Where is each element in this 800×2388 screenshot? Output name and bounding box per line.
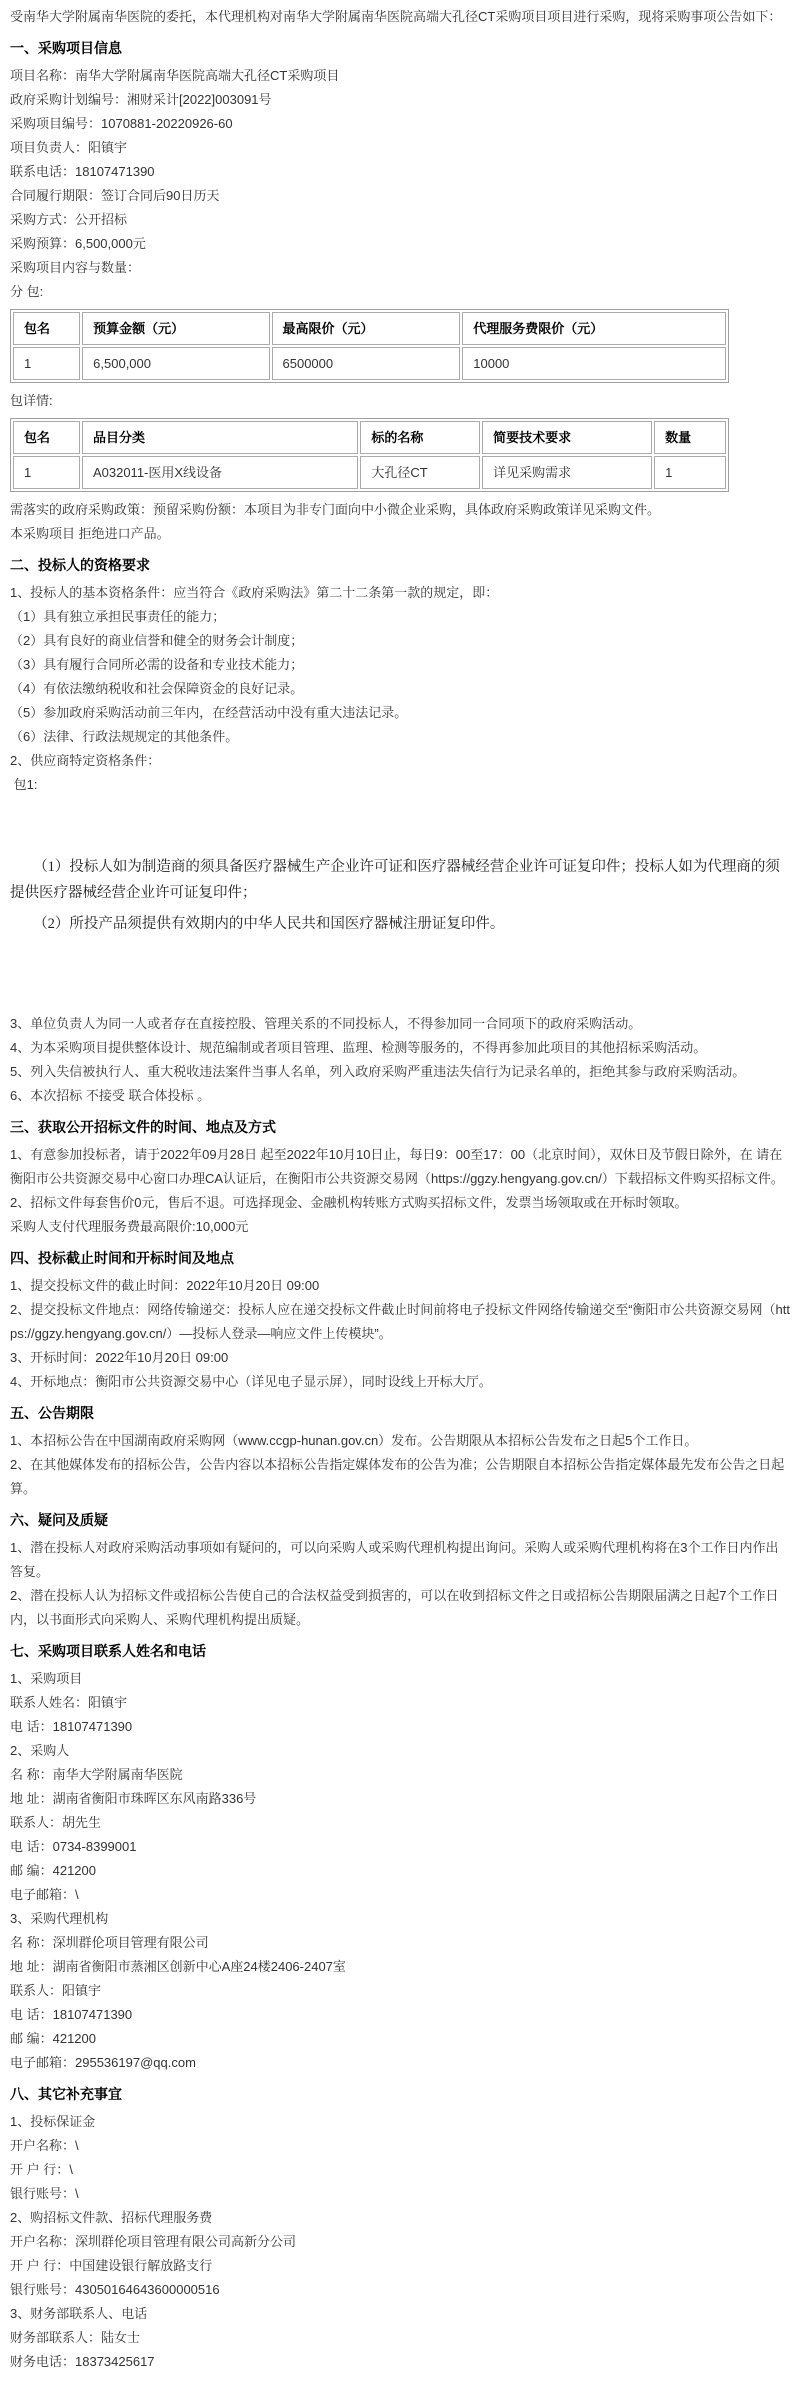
contact-name-line: 联系人姓名：阳镇宇: [10, 1691, 790, 1715]
paragraph: 联系人：阳镇宇: [10, 1979, 790, 2003]
table-cell: 1: [13, 347, 80, 380]
finance-contact-line: 财务部联系人：陆女士: [10, 2326, 790, 2350]
heading-announcement-period: 五、公告期限: [10, 1401, 790, 1425]
table-cell: A032011-医用X线设备: [82, 456, 358, 489]
column-header: 标的名称: [360, 421, 480, 454]
table-cell: 1: [13, 456, 80, 489]
paragraph: 开 户 行：中国建设银行解放路支行: [10, 2254, 790, 2278]
project-leader-line: 项目负责人：阳镇宇: [10, 136, 790, 160]
heading-deadline-opening: 四、投标截止时间和开标时间及地点: [10, 1246, 790, 1270]
column-header: 代理服务费限价（元）: [462, 312, 726, 345]
column-header: 数量: [654, 421, 726, 454]
paragraph: 2、提交投标文件地点：网络传输递交：投标人应在递交投标文件截止时间前将电子投标文…: [10, 1298, 790, 1346]
table-cell: 大孔径CT: [360, 456, 480, 489]
subpackage-label: 分 包:: [10, 280, 790, 304]
table-cell: 1: [654, 456, 726, 489]
project-number-line: 采购项目编号：1070881-20220926-60: [10, 112, 790, 136]
contact-phone-line: 联系电话：18107471390: [10, 160, 790, 184]
paragraph: 3、财务部联系人、电话: [10, 2302, 790, 2326]
paragraph: （3）具有履行合同所必需的设备和专业技术能力；: [10, 653, 790, 677]
agency-email-line: 电子邮箱：295536197@qq.com: [10, 2051, 790, 2075]
paragraph: 电 话：18107471390: [10, 2003, 790, 2027]
table-header-row: 包名品目分类标的名称简要技术要求数量: [13, 421, 726, 454]
paragraph: 电 话：0734-8399001: [10, 1835, 790, 1859]
paragraph: 2、在其他媒体发布的招标公告，公告内容以本招标公告指定媒体发布的公告为准；公告期…: [10, 1453, 790, 1501]
table-row: 1A032011-医用X线设备大孔径CT详见采购需求1: [13, 456, 726, 489]
opening-place-line: 4、开标地点：衡阳市公共资源交易中心（详见电子显示屏），同时设线上开标大厅。: [10, 1370, 790, 1394]
policy-line: 需落实的政府采购政策：预留采购份额：本项目为非专门面向中小微企业采购，具体政府采…: [10, 498, 790, 522]
paragraph: 1、采购项目: [10, 1667, 790, 1691]
paragraph: 4、为本采购项目提供整体设计、规范编制或者项目管理、监理、检测等服务的，不得再参…: [10, 1036, 790, 1060]
column-header: 预算金额（元）: [82, 312, 269, 345]
budget-line: 采购预算：6,500,000元: [10, 232, 790, 256]
heading-document-acquisition: 三、获取公开招标文件的时间、地点及方式: [10, 1115, 790, 1139]
paragraph: 电子邮箱：\: [10, 1883, 790, 1907]
paragraph: 5、列入失信被执行人、重大税收违法案件当事人名单，列入政府采购严重违法失信行为记…: [10, 1060, 790, 1084]
paragraph: 2、购招标文件款、招标代理服务费: [10, 2206, 790, 2230]
paragraph: 开 户 行：\: [10, 2158, 790, 2182]
purchaser-address-line: 地 址：湖南省衡阳市珠晖区东风南路336号: [10, 1787, 790, 1811]
paragraph: 3、采购代理机构: [10, 1907, 790, 1931]
paragraph: 1、投标人的基本资格条件：应当符合《政府采购法》第二十二条第一款的规定，即：: [10, 581, 790, 605]
paragraph: 6、本次招标 不接受 联合体投标 。: [10, 1084, 790, 1108]
bank-account-line: 银行账号：43050164643600000516: [10, 2278, 790, 2302]
package-details-label: 包详情:: [10, 389, 790, 413]
intro-paragraph: 受南华大学附属南华医院的委托，本代理机构对南华大学附属南华医院高端大孔径CT采购…: [10, 5, 790, 29]
content-quantity-line: 采购项目内容与数量：: [10, 256, 790, 280]
paragraph: （2）具有良好的商业信誉和健全的财务会计制度；: [10, 629, 790, 653]
packages-table: 包名预算金额（元）最高限价（元）代理服务费限价（元）16,500,0006500…: [10, 309, 729, 383]
heading-bidder-qualifications: 二、投标人的资格要求: [10, 553, 790, 577]
table-row: 16,500,000650000010000: [13, 347, 726, 380]
heading-contacts: 七、采购项目联系人姓名和电话: [10, 1639, 790, 1663]
column-header: 包名: [13, 312, 80, 345]
opening-time-line: 3、开标时间：2022年10月20日 09:00: [10, 1346, 790, 1370]
spacer: [10, 942, 790, 1012]
purchaser-name-line: 名 称：南华大学附属南华医院: [10, 1763, 790, 1787]
table-header-row: 包名预算金额（元）最高限价（元）代理服务费限价（元）: [13, 312, 726, 345]
paragraph: 电 话：18107471390: [10, 1715, 790, 1739]
agency-fee-line: 采购人支付代理服务费最高限价:10,000元: [10, 1215, 790, 1239]
paragraph: 邮 编：421200: [10, 2027, 790, 2051]
paragraph: （1）具有独立承担民事责任的能力；: [10, 605, 790, 629]
package1-label: 包1:: [10, 773, 790, 797]
procurement-announcement-page: 受南华大学附属南华医院的委托，本代理机构对南华大学附属南华医院高端大孔径CT采购…: [0, 0, 800, 2388]
heading-project-info: 一、采购项目信息: [10, 36, 790, 60]
paragraph: 邮 编：421200: [10, 1859, 790, 1883]
table-cell: 10000: [462, 347, 726, 380]
paragraph: 3、单位负责人为同一人或者存在直接控股、管理关系的不同投标人，不得参加同一合同项…: [10, 1012, 790, 1036]
table-cell: 详见采购需求: [482, 456, 652, 489]
agency-name-line: 名 称：深圳群伦项目管理有限公司: [10, 1931, 790, 1955]
agency-address-line: 地 址：湖南省衡阳市蒸湘区创新中心A座24楼2406-2407室: [10, 1955, 790, 1979]
heading-supplementary: 八、其它补充事宜: [10, 2082, 790, 2106]
document-body: 受南华大学附属南华医院的委托，本代理机构对南华大学附属南华医院高端大孔径CT采购…: [10, 5, 790, 2374]
column-header: 简要技术要求: [482, 421, 652, 454]
contract-period-line: 合同履行期限：签订合同后90日历天: [10, 184, 790, 208]
paragraph: 2、潜在投标人认为招标文件或招标公告使自己的合法权益受到损害的，可以在收到招标文…: [10, 1584, 790, 1632]
plan-number-line: 政府采购计划编号：湘财采计[2022]003091号: [10, 88, 790, 112]
paragraph: 2、供应商特定资格条件：: [10, 749, 790, 773]
procurement-method-line: 采购方式：公开招标: [10, 208, 790, 232]
paragraph: （6）法律、行政法规规定的其他条件。: [10, 725, 790, 749]
finance-phone-line: 财务电话：18373425617: [10, 2350, 790, 2374]
import-products-line: 本采购项目 拒绝进口产品。: [10, 522, 790, 546]
paragraph: 1、有意参加投标者，请于2022年09月28日 起至2022年10月10日止，每…: [10, 1143, 790, 1191]
paragraph: 1、潜在投标人对政府采购活动事项如有疑问的，可以向采购人或采购代理机构提出询问。…: [10, 1536, 790, 1584]
table-cell: 6,500,000: [82, 347, 269, 380]
specific-qualification-1: （1）投标人如为制造商的须具备医疗器械生产企业许可证和医疗器械经营企业许可证复印…: [10, 854, 790, 906]
spacer: [10, 797, 790, 849]
column-header: 最高限价（元）: [272, 312, 461, 345]
heading-inquiries: 六、疑问及质疑: [10, 1508, 790, 1532]
paragraph: 1、投标保证金: [10, 2110, 790, 2134]
paragraph: 银行账号：\: [10, 2182, 790, 2206]
paragraph: （5）参加政府采购活动前三年内，在经营活动中没有重大违法记录。: [10, 701, 790, 725]
paragraph: 2、招标文件每套售价0元，售后不退。可选择现金、金融机构转账方式购买招标文件，发…: [10, 1191, 790, 1215]
table-cell: 6500000: [272, 347, 461, 380]
package-details-table: 包名品目分类标的名称简要技术要求数量1A032011-医用X线设备大孔径CT详见…: [10, 418, 729, 492]
paragraph: 2、采购人: [10, 1739, 790, 1763]
paragraph: 开户名称：\: [10, 2134, 790, 2158]
specific-qualification-2: （2）所投产品须提供有效期内的中华人民共和国医疗器械注册证复印件。: [10, 911, 790, 937]
paragraph: 联系人：胡先生: [10, 1811, 790, 1835]
paragraph: （4）有依法缴纳税收和社会保障资金的良好记录。: [10, 677, 790, 701]
project-name-line: 项目名称：南华大学附属南华医院高端大孔径CT采购项目: [10, 64, 790, 88]
paragraph: 1、本招标公告在中国湖南政府采购网（www.ccgp-hunan.gov.cn）…: [10, 1429, 790, 1453]
column-header: 品目分类: [82, 421, 358, 454]
column-header: 包名: [13, 421, 80, 454]
paragraph: 开户名称：深圳群伦项目管理有限公司高新分公司: [10, 2230, 790, 2254]
submission-deadline-line: 1、提交投标文件的截止时间：2022年10月20日 09:00: [10, 1274, 790, 1298]
